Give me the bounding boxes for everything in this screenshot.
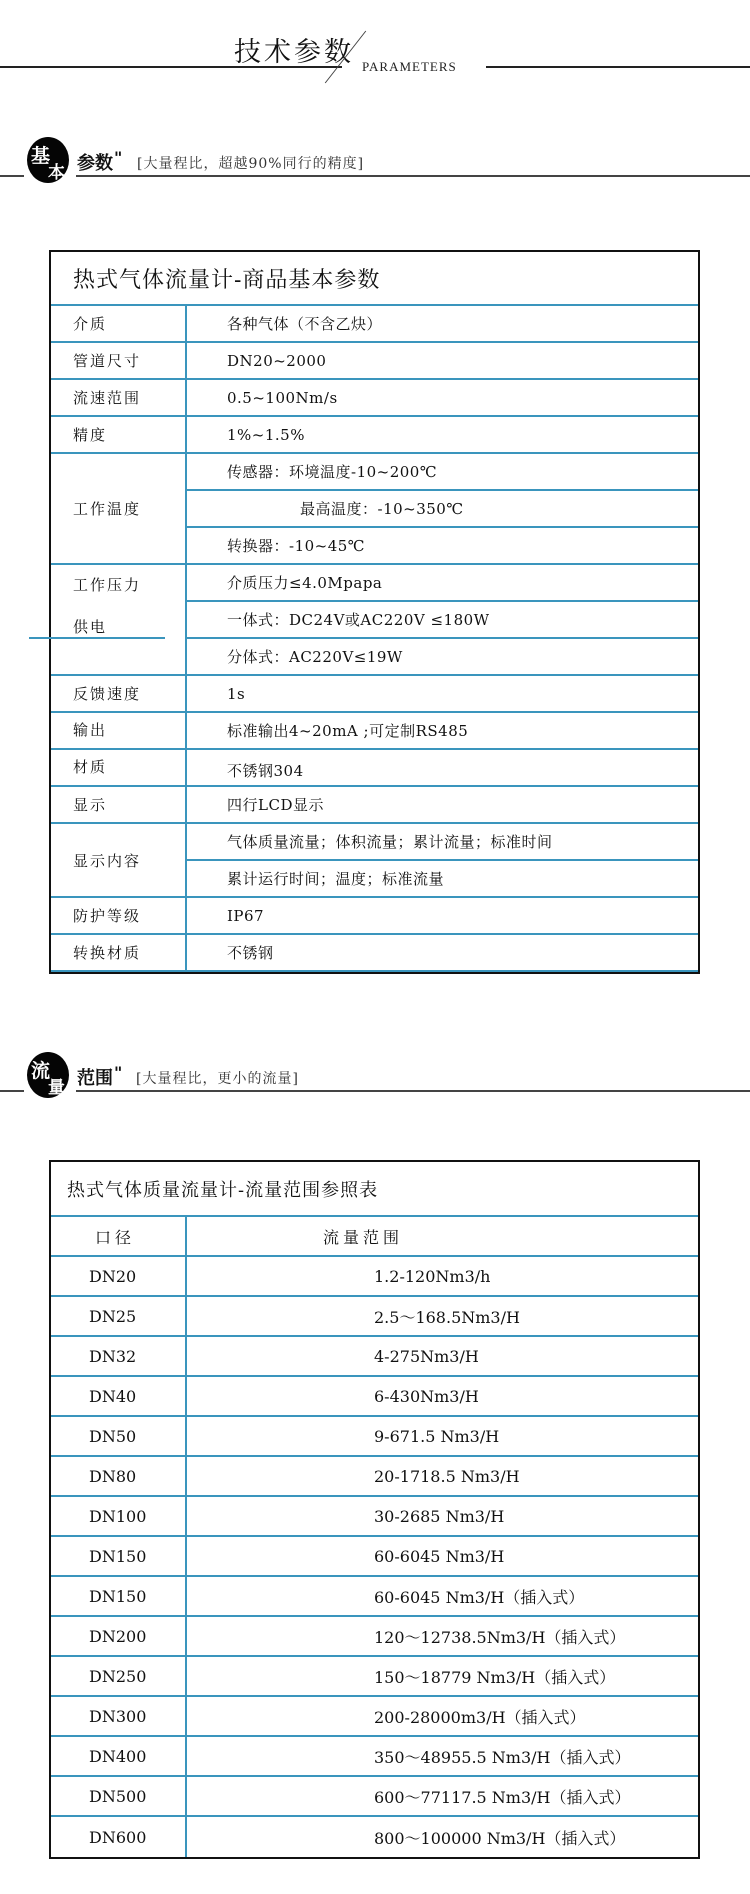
section-header-basic-params: 基 本 参数" [大量程比，超越90%同行的精度]	[0, 130, 750, 190]
cell-size: DN150	[51, 1537, 187, 1575]
column-header-size: 口径	[51, 1217, 187, 1255]
cell-range: 120～12738.5Nm3/H（插入式）	[187, 1617, 698, 1655]
section-title-text: 范围	[77, 1068, 113, 1089]
cell-size: DN25	[51, 1297, 187, 1335]
row-label: 显示内容	[51, 824, 187, 896]
cell-size: DN500	[51, 1777, 187, 1815]
table-row: DN600 800～100000 Nm3/H（插入式）	[51, 1817, 698, 1857]
cell-size: DN200	[51, 1617, 187, 1655]
row-label: 转换材质	[51, 935, 187, 970]
table-row: 材质 不锈钢304	[51, 750, 698, 787]
section-header-flow-range: 流 量 范围" [大量程比，更小的流量]	[0, 1045, 750, 1105]
table-title: 热式气体流量计-商品基本参数	[51, 252, 698, 306]
row-label: 显示	[51, 787, 187, 822]
section-title-text: 参数	[77, 153, 113, 174]
basic-params-table: 热式气体流量计-商品基本参数 介质 各种气体（不含乙炔） 管道尺寸 DN20~2…	[49, 250, 700, 974]
cell-size: DN150	[51, 1577, 187, 1615]
row-value: 各种气体（不含乙炔）	[187, 306, 698, 341]
row-label: 工作压力	[73, 574, 141, 595]
cell-range: 800～100000 Nm3/H（插入式）	[187, 1817, 698, 1857]
row-value: 介质压力≤4.0Mpapa	[187, 565, 698, 602]
table-row: 流速范围 0.5~100Nm/s	[51, 380, 698, 417]
table-row: 反馈速度 1s	[51, 676, 698, 713]
cell-range: 60-6045 Nm3/H	[187, 1537, 698, 1575]
quote-mark-icon: "	[114, 1063, 122, 1082]
table-row: 防护等级 IP67	[51, 898, 698, 935]
cell-range: 150～18779 Nm3/H（插入式）	[187, 1657, 698, 1695]
table-title: 热式气体质量流量计-流量范围参照表	[51, 1162, 698, 1217]
table-row: 显示内容 气体质量流量；体积流量；累计流量；标准时间 累计运行时间；温度；标准流…	[51, 824, 698, 898]
header-rule-left	[0, 66, 342, 68]
cell-range: 20-1718.5 Nm3/H	[187, 1457, 698, 1495]
badge-char-2: 本	[48, 158, 65, 183]
flow-range-table: 热式气体质量流量计-流量范围参照表 口径 流量范围 DN20 1.2-120Nm…	[49, 1160, 700, 1859]
table-row: DN400 350～48955.5 Nm3/H（插入式）	[51, 1737, 698, 1777]
header-rule-right	[486, 66, 750, 68]
section-badge-circle-icon: 基 本	[27, 137, 69, 183]
row-label: 流速范围	[51, 380, 187, 415]
row-label: 防护等级	[51, 898, 187, 933]
row-label: 反馈速度	[51, 676, 187, 711]
cell-size: DN20	[51, 1257, 187, 1295]
table-row: DN150 60-6045 Nm3/H（插入式）	[51, 1577, 698, 1617]
cell-range: 2.5～168.5Nm3/H	[187, 1297, 698, 1335]
cell-range: 30-2685 Nm3/H	[187, 1497, 698, 1535]
cell-range: 9-671.5 Nm3/H	[187, 1417, 698, 1455]
row-value: 分体式：AC220V≤19W	[187, 639, 698, 674]
row-value: 标准输出4~20mA ;可定制RS485	[187, 713, 698, 748]
section-rule-right	[76, 175, 750, 177]
row-value: 0.5~100Nm/s	[187, 380, 698, 415]
quote-mark-icon: "	[114, 148, 122, 167]
row-label: 管道尺寸	[51, 343, 187, 378]
row-label: 材质	[51, 750, 187, 785]
table-row: DN25 2.5～168.5Nm3/H	[51, 1297, 698, 1337]
column-header-range: 流量范围	[187, 1217, 698, 1255]
table-row: DN500 600～77117.5 Nm3/H（插入式）	[51, 1777, 698, 1817]
section-rule-left	[0, 1090, 24, 1092]
table-row: 介质 各种气体（不含乙炔）	[51, 306, 698, 343]
cell-range: 600～77117.5 Nm3/H（插入式）	[187, 1777, 698, 1815]
row-label: 精度	[51, 417, 187, 452]
row-value: 四行LCD显示	[187, 787, 698, 822]
cell-range: 200-28000m3/H（插入式）	[187, 1697, 698, 1735]
row-value: 气体质量流量；体积流量；累计流量；标准时间	[187, 824, 698, 861]
section-title: 参数"	[77, 148, 122, 175]
table-row: DN20 1.2-120Nm3/h	[51, 1257, 698, 1297]
section-rule-left	[0, 175, 24, 177]
row-label: 供电	[73, 616, 107, 637]
table-row: DN300 200-28000m3/H（插入式）	[51, 1697, 698, 1737]
section-title: 范围"	[77, 1063, 122, 1090]
badge-char-2: 量	[48, 1073, 65, 1098]
row-value: 累计运行时间；温度；标准流量	[187, 861, 698, 896]
row-value: 不锈钢304	[187, 750, 698, 785]
table-row: 输出 标准输出4~20mA ;可定制RS485	[51, 713, 698, 750]
table-row: DN100 30-2685 Nm3/H	[51, 1497, 698, 1537]
section-rule-right	[76, 1090, 750, 1092]
table-row-pressure-power: 工作压力 供电 介质压力≤4.0Mpapa 一体式：DC24V或AC220V ≤…	[51, 565, 698, 676]
cell-size: DN32	[51, 1337, 187, 1375]
cell-size: DN80	[51, 1457, 187, 1495]
row-value: 1%~1.5%	[187, 417, 698, 452]
cell-size: DN40	[51, 1377, 187, 1415]
page-header: 技术参数 PARAMETERS	[0, 0, 750, 100]
table-header-row: 口径 流量范围	[51, 1217, 698, 1257]
table-row: DN150 60-6045 Nm3/H	[51, 1537, 698, 1577]
table-row: DN32 4-275Nm3/H	[51, 1337, 698, 1377]
row-divider	[29, 637, 165, 639]
row-value: 1s	[187, 676, 698, 711]
row-value: 转换器：-10~45℃	[187, 528, 698, 563]
page-title: 技术参数	[234, 30, 354, 69]
cell-size: DN100	[51, 1497, 187, 1535]
page-subtitle: PARAMETERS	[362, 59, 457, 75]
cell-range: 6-430Nm3/H	[187, 1377, 698, 1415]
row-value: DN20~2000	[187, 343, 698, 378]
row-value: 一体式：DC24V或AC220V ≤180W	[187, 602, 698, 639]
cell-range: 4-275Nm3/H	[187, 1337, 698, 1375]
cell-size: DN50	[51, 1417, 187, 1455]
section-badge-circle-icon: 流 量	[27, 1052, 69, 1098]
table-row: DN250 150～18779 Nm3/H（插入式）	[51, 1657, 698, 1697]
table-row: 管道尺寸 DN20~2000	[51, 343, 698, 380]
table-row: 工作温度 传感器：环境温度-10~200℃ 最高温度：-10~350℃ 转换器：…	[51, 454, 698, 565]
section-tagline: [大量程比，更小的流量]	[136, 1068, 299, 1088]
cell-range: 350～48955.5 Nm3/H（插入式）	[187, 1737, 698, 1775]
row-value: 不锈钢	[187, 935, 698, 970]
cell-range: 1.2-120Nm3/h	[187, 1257, 698, 1295]
row-label: 介质	[51, 306, 187, 341]
table-row: DN80 20-1718.5 Nm3/H	[51, 1457, 698, 1497]
cell-size: DN600	[51, 1817, 187, 1857]
section-tagline: [大量程比，超越90%同行的精度]	[137, 153, 364, 173]
cell-size: DN300	[51, 1697, 187, 1735]
table-row: 显示 四行LCD显示	[51, 787, 698, 824]
row-label: 输出	[51, 713, 187, 748]
cell-size: DN250	[51, 1657, 187, 1695]
table-row: DN200 120～12738.5Nm3/H（插入式）	[51, 1617, 698, 1657]
cell-size: DN400	[51, 1737, 187, 1775]
table-row: DN40 6-430Nm3/H	[51, 1377, 698, 1417]
table-row: DN50 9-671.5 Nm3/H	[51, 1417, 698, 1457]
row-value: 传感器：环境温度-10~200℃	[187, 454, 698, 491]
table-row: 转换材质 不锈钢	[51, 935, 698, 972]
row-label: 工作温度	[51, 454, 187, 563]
row-value: IP67	[187, 898, 698, 933]
row-value: 最高温度：-10~350℃	[187, 491, 698, 528]
table-row: 精度 1%~1.5%	[51, 417, 698, 454]
cell-range: 60-6045 Nm3/H（插入式）	[187, 1577, 698, 1615]
